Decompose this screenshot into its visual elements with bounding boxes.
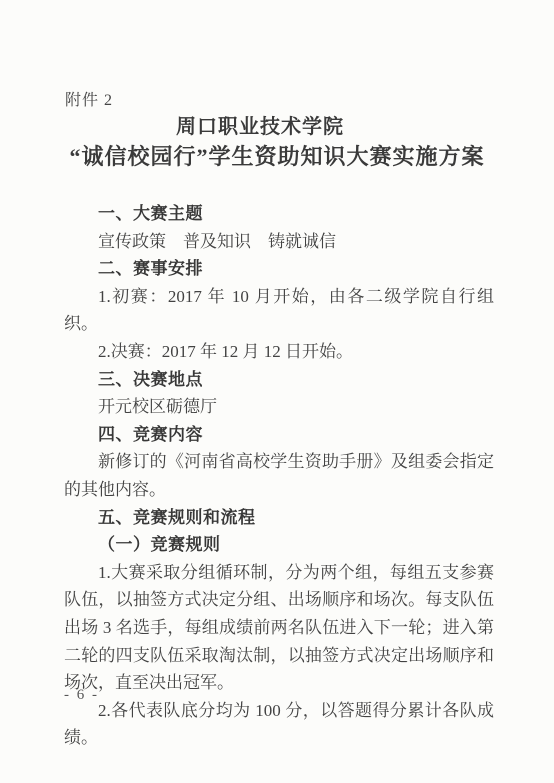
page-number: - 6 - <box>64 687 99 704</box>
document-title-line2: “诚信校园行”学生资助知识大赛实施方案 <box>0 142 554 172</box>
subsection-heading-rules: （一）竞赛规则 <box>64 531 494 559</box>
paragraph-venue: 开元校区砺德厅 <box>64 393 494 421</box>
document-page: 附件 2 周口职业技术学院 “诚信校园行”学生资助知识大赛实施方案 一、大赛主题… <box>0 0 554 783</box>
paragraph-content: 新修订的《河南省高校学生资助手册》及组委会指定的其他内容。 <box>64 448 494 503</box>
paragraph-preliminary-round: 1.初赛：2017 年 10 月开始，由各二级学院自行组织。 <box>64 283 494 338</box>
section-heading-3: 三、决赛地点 <box>64 366 494 394</box>
section-heading-1: 一、大赛主题 <box>64 200 494 228</box>
paragraph-final-round: 2.决赛：2017 年 12 月 12 日开始。 <box>64 338 494 366</box>
paragraph-rule-1: 1.大赛采取分组循环制，分为两个组，每组五支参赛队伍，以抽签方式决定分组、出场顺… <box>64 559 494 697</box>
paragraph-theme: 宣传政策 普及知识 铸就诚信 <box>64 228 494 256</box>
document-title: 周口职业技术学院 “诚信校园行”学生资助知识大赛实施方案 <box>0 112 554 172</box>
document-title-line1: 周口职业技术学院 <box>0 112 537 142</box>
attachment-label: 附件 2 <box>65 92 113 110</box>
section-heading-2: 二、赛事安排 <box>64 255 494 283</box>
paragraph-rule-2: 2.各代表队底分均为 100 分，以答题得分累计各队成绩。 <box>64 697 494 752</box>
document-body: 一、大赛主题 宣传政策 普及知识 铸就诚信 二、赛事安排 1.初赛：2017 年… <box>64 200 494 752</box>
section-heading-5: 五、竞赛规则和流程 <box>64 504 494 532</box>
section-heading-4: 四、竞赛内容 <box>64 421 494 449</box>
